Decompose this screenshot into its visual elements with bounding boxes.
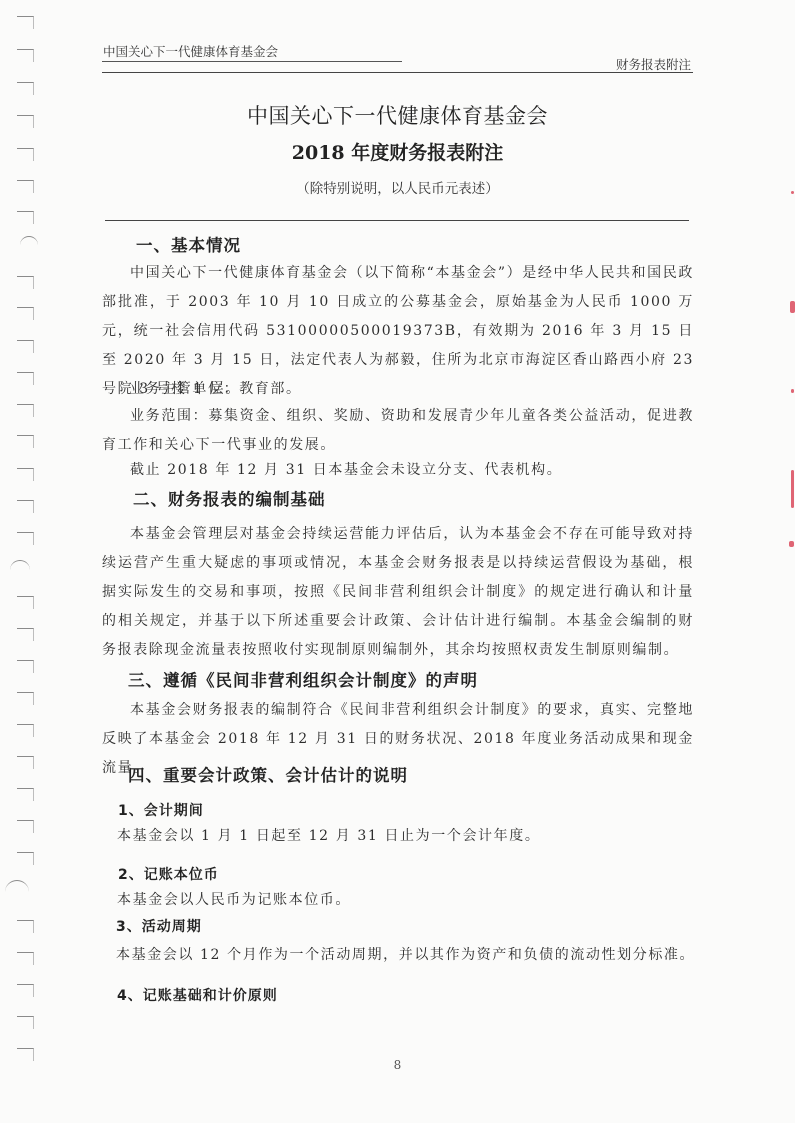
binding-mark — [17, 756, 34, 769]
binding-mark — [17, 852, 34, 865]
binding-mark — [17, 724, 34, 737]
binding-mark — [17, 692, 34, 705]
seal-dot — [789, 541, 794, 547]
binding-mark — [17, 340, 34, 353]
binding-mark — [17, 307, 34, 320]
subsection-3-heading: 3、活动周期 — [116, 916, 202, 936]
binding-mark — [17, 372, 34, 385]
binding-mark — [17, 435, 34, 448]
binding-mark — [17, 952, 34, 965]
section-2-paragraph-1: 本基金会管理层对基金会持续运营能力评估后，认为本基金会不存在可能导致对持续运营产… — [102, 520, 694, 665]
subsection-4-heading: 4、记账基础和计价原则 — [117, 985, 278, 1005]
section-1-paragraph-4: 截止 2018 年 12 月 31 日本基金会未设立分支、代表机构。 — [102, 456, 694, 485]
binding-mark — [17, 500, 34, 513]
binding-mark — [17, 628, 34, 641]
section-1-paragraph-3: 业务范围：募集资金、组织、奖励、资助和发展青少年儿童各类公益活动，促进教育工作和… — [102, 402, 694, 460]
binding-mark — [17, 276, 34, 289]
binding-mark — [17, 49, 34, 62]
binding-mark — [17, 1016, 34, 1029]
seal-dot — [791, 389, 794, 393]
subsection-1-text: 本基金会以 1 月 1 日起至 12 月 31 日止为一个会计年度。 — [117, 822, 709, 851]
binding-mark — [5, 880, 29, 893]
header-rule — [102, 72, 693, 73]
binding-mark — [17, 660, 34, 673]
binding-mark — [20, 236, 38, 249]
binding-mark — [17, 920, 34, 933]
page-number: 8 — [0, 1058, 795, 1072]
binding-mark — [17, 404, 34, 417]
section-1-paragraph-2: 业务主管单位：教育部。 — [102, 375, 694, 404]
seal-strip — [791, 470, 794, 508]
subsection-1-heading: 1、会计期间 — [118, 800, 204, 820]
title-rule — [105, 220, 689, 221]
binding-mark — [17, 984, 34, 997]
running-header-section: 财务报表附注 — [616, 55, 691, 73]
section-4-heading: 四、重要会计政策、会计估计的说明 — [128, 762, 408, 786]
binding-mark — [17, 532, 34, 545]
document-title-org: 中国关心下一代健康体育基金会 — [0, 100, 795, 130]
running-header-org: 中国关心下一代健康体育基金会 — [103, 42, 278, 60]
section-2-heading: 二、财务报表的编制基础 — [133, 486, 326, 510]
binding-mark — [17, 211, 34, 224]
currency-note: （除特别说明，以人民币元表述） — [0, 177, 795, 197]
binding-mark — [17, 788, 34, 801]
seal-dot — [790, 301, 795, 313]
binding-mark — [17, 16, 34, 29]
binding-mark — [17, 468, 34, 481]
binding-mark — [17, 82, 34, 95]
subsection-3-text: 本基金会以 12 个月作为一个活动周期，并以其作为资产和负债的流动性划分标准。 — [116, 941, 708, 970]
subsection-2-heading: 2、记账本位币 — [118, 864, 219, 884]
document-title: 2018 年度财务报表附注 — [0, 138, 795, 165]
binding-mark — [17, 820, 34, 833]
subsection-2-text: 本基金会以人民币为记账本位币。 — [117, 886, 709, 915]
section-3-heading: 三、遵循《民间非营利组织会计制度》的声明 — [128, 667, 478, 691]
binding-mark — [10, 560, 30, 573]
binding-mark — [17, 596, 34, 609]
section-1-heading: 一、基本情况 — [136, 232, 241, 256]
header-rule-left — [102, 61, 402, 62]
